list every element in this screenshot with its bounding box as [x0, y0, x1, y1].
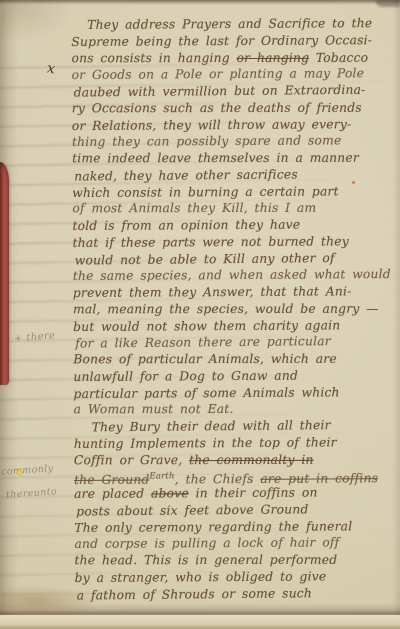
orange-ink-fleck	[352, 181, 355, 184]
page-left-edge-shadow	[0, 0, 18, 629]
manuscript-line: thing they can possibly spare and some	[72, 132, 394, 151]
line-text: particular parts of some Animals which	[73, 385, 339, 401]
line-text: the head. This is in general performed	[75, 553, 338, 567]
struck-text: are put in coffins	[260, 471, 378, 486]
struck-text: the Ground	[74, 473, 150, 487]
line-text: , the Chiefs	[175, 472, 261, 487]
manuscript-line: They Bury their dead with all their	[76, 416, 398, 436]
manuscript-line: a Woman must not Eat.	[74, 401, 396, 418]
struck-text: above	[151, 486, 189, 500]
manuscript-line: The only ceremony regarding the funeral	[74, 518, 396, 537]
line-text: ons consists in hanging	[71, 50, 236, 64]
line-text: ry Occasions such as the deaths of frien…	[72, 101, 362, 116]
line-text: The only ceremony regarding the funeral	[74, 519, 352, 535]
manuscript-line: the same species, and when asked what wo…	[73, 266, 395, 285]
manuscript-body: They address Prayers and Sacrifice to th…	[71, 15, 397, 603]
line-text: a Woman must not Eat.	[74, 402, 234, 416]
line-text: are placed	[74, 487, 151, 501]
line-text: Coffin or Grave,	[74, 453, 189, 467]
margin-note-there: + there	[14, 330, 56, 345]
manuscript-line: which consist in burning a certain part	[72, 183, 394, 202]
line-text: a fathom of Shrouds or some such	[77, 586, 312, 602]
line-text: thing they can possibly spare and some	[72, 134, 342, 150]
manuscript-line: Bones of particular Animals, which are	[73, 351, 395, 368]
line-text: for a like Reason there are particular	[75, 334, 331, 350]
manuscript-line: hunting Implements in the top of their	[74, 434, 396, 453]
inserted-text: Earth	[149, 472, 174, 482]
line-text: They address Prayers and Sacrifice to th…	[87, 16, 372, 32]
line-text: posts about six feet above Ground	[76, 502, 308, 518]
manuscript-line: and corpse is pulling a lock of hair off	[74, 534, 396, 553]
line-text: in their coffins on	[189, 485, 318, 500]
struck-text: the commonalty in	[189, 452, 314, 466]
line-text: that if these parts were not burned they	[73, 234, 349, 250]
manuscript-line: Coffin or Grave, the commonalty in	[74, 451, 396, 468]
manuscript-line: ons consists in hanging or hanging Tobac…	[71, 49, 393, 66]
line-text: told is from an opinion they have	[72, 218, 300, 233]
manuscript-line: or Relations, they will throw away every…	[72, 116, 394, 135]
manuscript-line: by a stranger, who is obliged to give	[75, 568, 397, 587]
line-text: or Relations, they will throw away every…	[72, 117, 352, 133]
line-text: of most Animals they Kill, this I am	[72, 201, 316, 215]
manuscript-line: prevent them they Answer, that that Ani-	[73, 283, 395, 302]
line-text: unlawfull for a Dog to Gnaw and	[73, 368, 298, 383]
manuscript-line: Supreme being the last for Ordinary Occa…	[71, 32, 393, 51]
line-text: naked, they have other sacrifices	[74, 167, 298, 183]
line-text: would not be able to Kill any other of	[75, 251, 335, 267]
margin-x-mark: x	[46, 61, 56, 78]
page-right-edge-shadow	[392, 0, 400, 629]
manuscript-line: particular parts of some Animals which	[73, 384, 395, 403]
line-text: but would not show them charity again	[73, 318, 340, 334]
line-text: which consist in burning a certain part	[72, 184, 339, 200]
manuscript-line: ry Occasions such as the deaths of frien…	[72, 99, 394, 116]
manuscript-page: They address Prayers and Sacrifice to th…	[0, 0, 400, 629]
line-text: Supreme being the last for Ordinary Occa…	[71, 33, 372, 49]
line-text: time indeed leave themselves in a manner	[72, 151, 359, 166]
manuscript-line: time indeed leave themselves in a manner	[72, 150, 394, 167]
struck-text: or hanging	[237, 50, 310, 64]
line-text: hunting Implements in the top of their	[74, 435, 337, 451]
line-text: and corpse is pulling a lock of hair off	[74, 536, 339, 552]
manuscript-line: the head. This is in general performed	[75, 552, 397, 569]
manuscript-line: posts about six feet above Ground	[76, 500, 398, 520]
line-text: Tobacco	[309, 50, 368, 64]
manuscript-line: for a like Reason there are particular	[75, 333, 397, 353]
under-page-edge	[0, 615, 400, 629]
manuscript-line: unlawfull for a Dog to Gnaw and	[73, 367, 395, 386]
line-text: mal, meaning the species, would be angry…	[73, 301, 379, 316]
line-text: They Bury their dead with all their	[92, 418, 331, 434]
line-text: Bones of particular Animals, which are	[73, 352, 337, 366]
line-text: prevent them they Answer, that that Ani-	[73, 284, 352, 300]
manuscript-line: They address Prayers and Sacrifice to th…	[71, 15, 393, 34]
line-text: the same species, and when asked what wo…	[73, 267, 391, 283]
manuscript-line: the GroundEarth, the Chiefs are put in c…	[74, 467, 396, 486]
page-top-right-notch	[376, 0, 400, 7]
line-text: or Goods on a Pole or planting a may Pol…	[72, 66, 365, 82]
manuscript-line: that if these parts were not burned they	[73, 233, 395, 252]
manuscript-line: told is from an opinion they have	[72, 216, 394, 235]
line-text: by a stranger, who is obliged to give	[75, 569, 327, 585]
manuscript-line: mal, meaning the species, would be angry…	[73, 300, 395, 317]
manuscript-line: daubed with vermillion but on Extraordin…	[74, 81, 396, 101]
line-text: daubed with vermillion but on Extraordin…	[74, 83, 366, 100]
manuscript-line: of most Animals they Kill, this I am	[72, 200, 394, 217]
manuscript-line: a fathom of Shrouds or some such	[77, 584, 399, 604]
page-top-edge	[0, 0, 400, 5]
manuscript-line: naked, they have other sacrifices	[74, 165, 396, 185]
